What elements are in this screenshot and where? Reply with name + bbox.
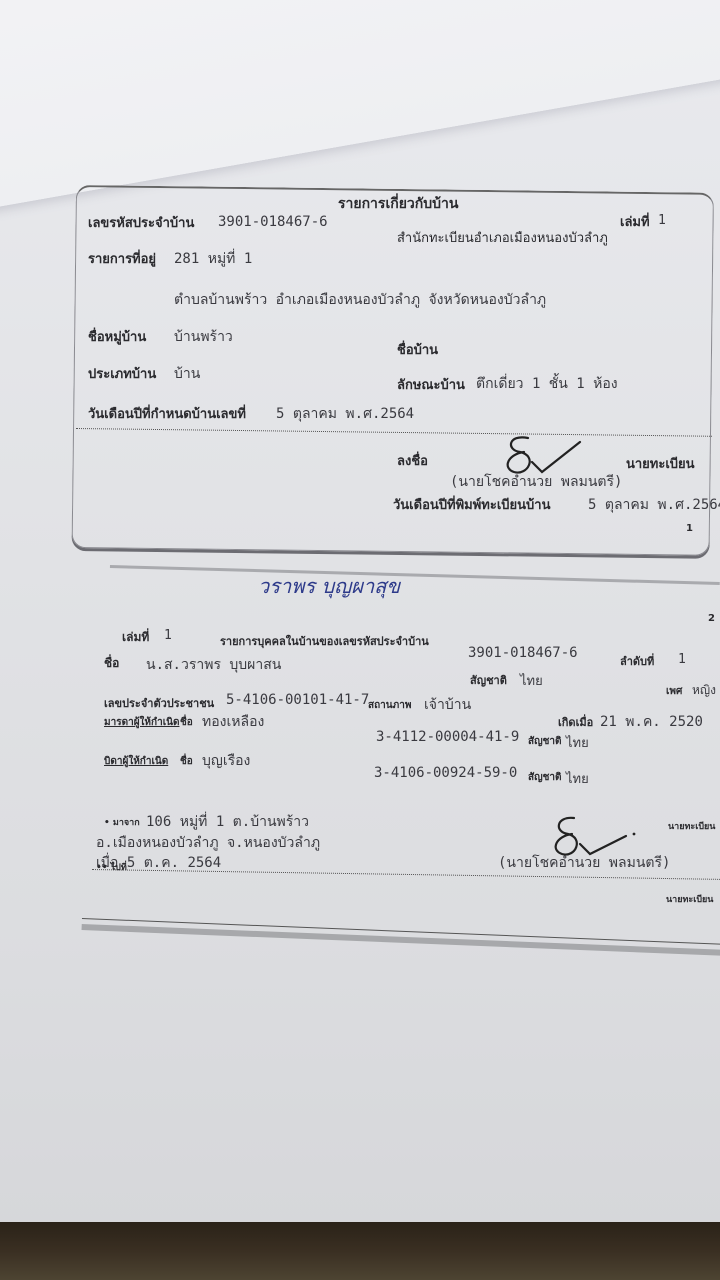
mother-label: มารดาผู้ให้กำเนิด <box>104 715 179 730</box>
assigned-date-value: 5 ตุลาคม พ.ศ.2564 <box>276 403 414 425</box>
id-label: เลขประจำตัวประชาชน <box>104 694 214 712</box>
address-line-1: 281 หมู่ที่ 1 <box>174 248 252 270</box>
father-id: 3-4106-00924-59-0 <box>374 765 517 781</box>
sex-label: เพศ <box>666 684 682 699</box>
registry-office: สำนักทะเบียนอำเภอเมืองหนองบัวลำภู <box>397 227 608 248</box>
moved-from-line-1: 106 หมู่ที่ 1 ต.บ้านพร้าว <box>146 811 309 833</box>
address-label: รายการที่อยู่ <box>88 248 156 269</box>
volume-label: เล่มที่ <box>620 211 650 232</box>
mother-name: ทองเหลือง <box>202 711 264 733</box>
registrar-title-2: นายทะเบียน <box>668 819 715 833</box>
father-nationality-value: ไทย <box>566 768 589 789</box>
sign-label: ลงชื่อ <box>397 450 428 471</box>
village-value: บ้านพร้าว <box>174 326 233 348</box>
registrar-name-2: (นายโชคอำนวย พลมนตรี) <box>498 852 670 874</box>
mother-id: 3-4112-00004-41-9 <box>376 729 519 745</box>
name-label: ชื่อ <box>104 654 119 673</box>
house-type-value: บ้าน <box>174 363 200 385</box>
status-label: สถานภาพ <box>368 698 411 713</box>
father-nationality-label: สัญชาติ <box>528 770 562 785</box>
mother-nationality-label: สัญชาติ <box>528 734 562 749</box>
father-label: บิดาผู้ให้กำเนิด <box>104 754 168 769</box>
registrar-title-1: นายทะเบียน <box>626 453 695 474</box>
volume-value: 1 <box>658 213 666 228</box>
person-volume-value: 1 <box>164 628 172 643</box>
printed-date-value: 5 ตุลาคม พ.ศ.2564 <box>588 494 720 516</box>
village-label: ชื่อหมู่บ้าน <box>88 326 146 347</box>
handwritten-name: วราพร บุญผาสุข <box>258 570 400 602</box>
sex-value: หญิง <box>692 681 716 700</box>
house-code-label: เลขรหัสประจำบ้าน <box>88 212 194 233</box>
moved-from-label: • มาจาก <box>104 815 140 829</box>
page-number-2: 2 <box>708 613 715 624</box>
house-style-label: ลักษณะบ้าน <box>397 374 465 395</box>
name-value: น.ส.วราพร บุบผาสน <box>146 654 281 676</box>
section-title: รายการบุคคลในบ้านของเลขรหัสประจำบ้าน <box>220 632 429 650</box>
nationality-value: ไทย <box>520 670 543 691</box>
registrar-name-1: (นายโชคอำนวย พลมนตรี) <box>450 471 622 493</box>
printed-date-label: วันเดือนปีที่พิมพ์ทะเบียนบ้าน <box>393 494 551 515</box>
desk-surface <box>0 1222 720 1280</box>
moved-from-line-2: อ.เมืองหนองบัวลำภู จ.หนองบัวลำภู <box>96 832 320 854</box>
mother-nationality-value: ไทย <box>566 732 589 753</box>
moved-to-label: •• ไปที่ <box>96 860 127 874</box>
address-line-2: ตำบลบ้านพร้าว อำเภอเมืองหนองบัวลำภู จังห… <box>174 289 546 311</box>
house-type-label: ประเภทบ้าน <box>88 363 156 384</box>
assigned-date-label: วันเดือนปีที่กำหนดบ้านเลขที่ <box>88 403 246 424</box>
house-code-value: 3901-018467-6 <box>218 214 328 230</box>
birth-date: 21 พ.ค. 2520 <box>600 711 703 733</box>
registrar-title-3: นายทะเบียน <box>666 892 713 906</box>
page-number-1: 1 <box>686 523 693 534</box>
person-house-code: 3901-018467-6 <box>468 645 578 661</box>
house-record-title: รายการเกี่ยวกับบ้าน <box>338 193 458 215</box>
order-label: ลำดับที่ <box>620 652 654 670</box>
mother-name-label: ชื่อ <box>180 715 193 730</box>
id-value: 5-4106-00101-41-7 <box>226 692 369 708</box>
father-name-label: ชื่อ <box>180 754 193 769</box>
house-style-value: ตึกเดี่ยว 1 ชั้น 1 ห้อง <box>476 373 618 395</box>
nationality-label: สัญชาติ <box>470 671 507 689</box>
person-volume-label: เล่มที่ <box>122 628 149 647</box>
birth-label: เกิดเมื่อ <box>558 713 593 731</box>
status-value: เจ้าบ้าน <box>424 694 471 716</box>
house-name-label: ชื่อบ้าน <box>397 339 438 360</box>
order-value: 1 <box>678 652 686 667</box>
father-name: บุญเรือง <box>202 750 250 772</box>
